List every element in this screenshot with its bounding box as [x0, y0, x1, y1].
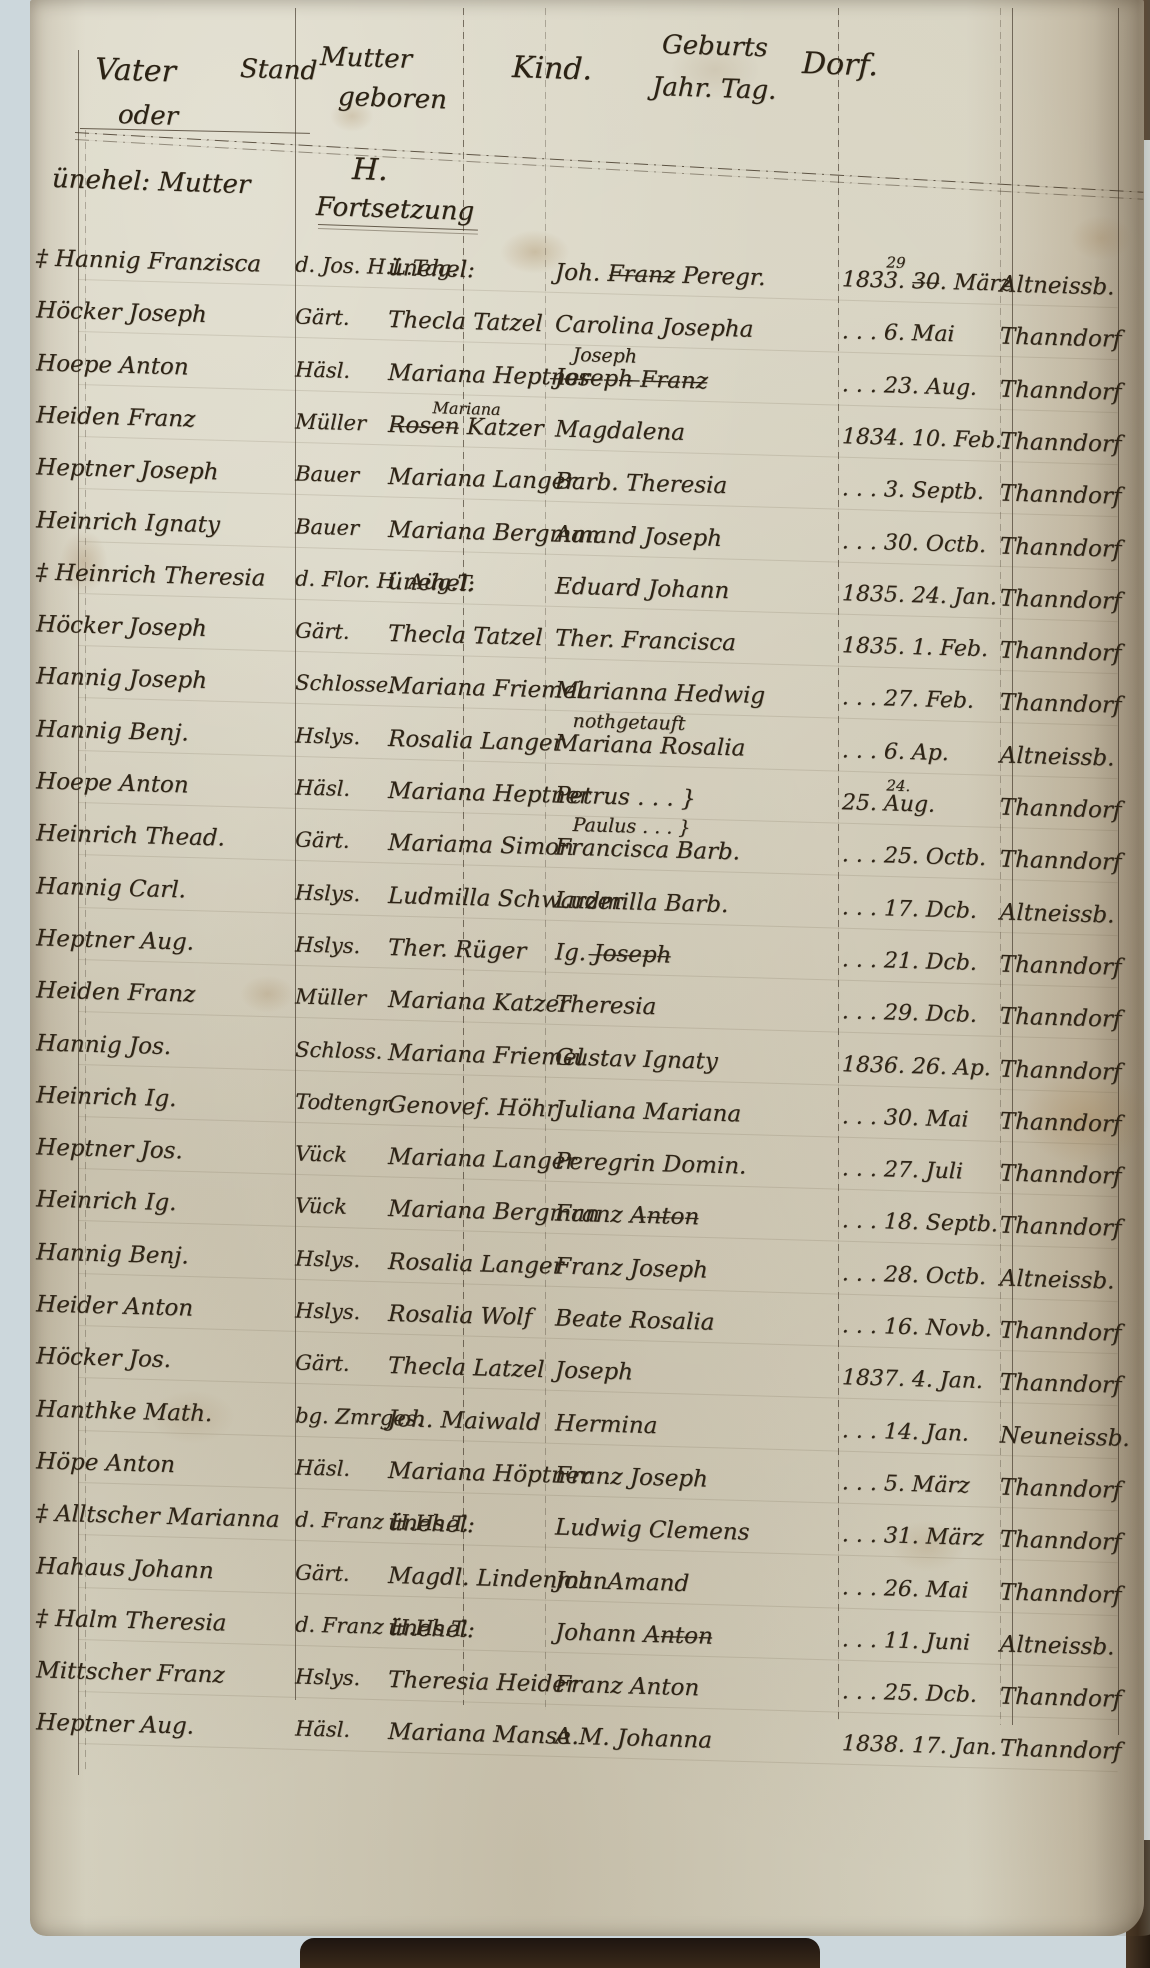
father-occupation: Bauer — [295, 462, 360, 488]
child-name: Ludwig Clemens — [555, 1515, 750, 1546]
child-name: Theresia — [555, 992, 657, 1021]
father-name: Heider Anton — [36, 1291, 194, 1321]
mother-name: Theresia Heider — [388, 1667, 578, 1698]
birth-date: . . . 25. Dcb. — [842, 1679, 978, 1708]
father-name: ‡ Hannig Franzisca — [36, 245, 262, 277]
child-correction: Joseph — [572, 344, 637, 368]
mother-correction: Mariana — [432, 398, 501, 419]
register-photo: Vater oder ünehel: Mutter Stand Mutter g… — [0, 0, 1150, 1968]
father-name: Hoepe Anton — [36, 350, 189, 380]
birth-date-correction: 29 — [886, 253, 906, 272]
village-name: Thanndorf — [1000, 585, 1122, 614]
child-correction: Paulus . . . } — [572, 814, 690, 839]
mother-name: Mariana Katzer — [388, 987, 571, 1018]
father-name: Hahaus Johann — [36, 1553, 214, 1584]
father-name: Heiden Franz — [36, 978, 196, 1008]
father-occupation: Hslys. — [295, 1298, 361, 1324]
village-name: Thanndorf — [1000, 1684, 1122, 1713]
village-name: Altneissb. — [1000, 1265, 1115, 1294]
birth-date: 1838. 17. Jan. — [842, 1732, 998, 1761]
mother-name: Thecla Latzel — [388, 1353, 545, 1383]
father-name: Heinrich Thead. — [36, 821, 225, 852]
child-name: Franz Joseph — [555, 1462, 709, 1492]
village-name: Thanndorf — [1000, 324, 1122, 353]
birth-date: . . . 18. Septb. — [842, 1209, 999, 1238]
child-name: Petrus . . . } — [555, 782, 696, 812]
mother-name: ünehel: — [388, 569, 475, 597]
father-name: Höpe Anton — [36, 1448, 176, 1478]
village-name: Thanndorf — [1000, 1213, 1122, 1242]
father-name: Heptner Aug. — [36, 925, 194, 955]
mother-name: Rosalia Wolf — [388, 1301, 533, 1331]
village-name: Thanndorf — [1000, 376, 1122, 405]
father-occupation: Hslys. — [295, 1246, 361, 1272]
birth-date-correction: 24. — [886, 776, 910, 795]
father-occupation: Hslys. — [295, 723, 361, 749]
father-occupation: Vück — [295, 1194, 347, 1219]
father-name: Hannig Benj. — [36, 716, 189, 746]
father-occupation: Gärt. — [295, 828, 350, 853]
child-name: Gustav Ignaty — [555, 1044, 718, 1074]
child-name: Juliana Mariana — [555, 1096, 742, 1127]
village-name: Thanndorf — [1000, 1004, 1122, 1033]
child-name: Amand Joseph — [555, 521, 723, 552]
father-name: Hanthke Math. — [36, 1396, 213, 1427]
village-name: Thanndorf — [1000, 1161, 1122, 1190]
father-occupation: Schlosse. — [295, 671, 395, 698]
village-name: Altneissb. — [1000, 742, 1115, 771]
header-birth-jahr-tag: Jahr. Tag. — [652, 72, 777, 106]
header-stand: Stand — [240, 54, 318, 86]
birth-date: . . . 23. Aug. — [842, 372, 978, 401]
mother-name: Joh. Maiwald — [388, 1406, 541, 1436]
father-name: Höcker Jos. — [36, 1344, 171, 1374]
child-name: Franz Joseph — [555, 1253, 709, 1283]
birth-date: . . . 16. Novb. — [842, 1313, 993, 1342]
birth-date: . . . 6. Ap. — [842, 738, 950, 766]
mother-name: Mariana Langer — [388, 1144, 577, 1175]
birth-date: . . . 11. Juni — [842, 1627, 971, 1655]
child-name: Hermina — [555, 1410, 658, 1439]
mother-name: Ther. Rüger — [388, 935, 527, 965]
father-occupation: Gärt. — [295, 619, 350, 644]
father-name: Heiden Franz — [36, 402, 196, 432]
birth-date: . . . 28. Octb. — [842, 1261, 987, 1290]
father-name: Heinrich Ignaty — [36, 507, 220, 538]
child-name: Peregrin Domin. — [555, 1149, 747, 1180]
mother-name: ünehel: — [388, 255, 475, 283]
father-occupation: Hslys. — [295, 932, 361, 958]
child-correction: nothgetauft — [572, 710, 685, 735]
father-occupation: Vück — [295, 1142, 347, 1167]
birth-date: 1835. 1. Feb. — [842, 633, 989, 662]
village-name: Thanndorf — [1000, 1474, 1122, 1503]
father-name: ‡ Heinrich Theresia — [36, 559, 266, 591]
child-name: Franz A̶n̶t̶o̶n̶ — [555, 1201, 700, 1231]
mother-name: Thecla Tatzel — [388, 621, 543, 651]
father-occupation: Häsl. — [295, 775, 351, 800]
father-occupation: Todtengr. — [295, 1089, 396, 1116]
child-name: J̶o̶s̶e̶p̶h̶ ̶F̶r̶a̶n̶z̶ — [555, 364, 709, 394]
father-occupation: Gärt. — [295, 305, 350, 330]
child-name: Mariana Rosalia — [555, 730, 746, 761]
village-name: Thanndorf — [1000, 428, 1122, 457]
father-occupation: Müller — [295, 985, 367, 1011]
birth-date: . . . 14. Jan. — [842, 1418, 970, 1446]
section-letter: H. — [351, 152, 388, 188]
mother-name: ünehel: — [388, 1615, 475, 1643]
birth-date: 1834. 10. Feb. — [842, 424, 1003, 453]
child-name: Ther. Francisca — [555, 626, 737, 657]
child-name: Francisca Barb. — [555, 835, 741, 866]
child-name: Joh. Amand — [555, 1567, 690, 1597]
birth-date: . . . 3. Septb. — [842, 476, 985, 505]
mother-name: Thecla Tatzel — [388, 307, 543, 337]
child-name: A.M. Johanna — [555, 1724, 713, 1754]
village-name: Thanndorf — [1000, 951, 1122, 980]
village-name: Altneissb. — [1000, 1631, 1115, 1660]
village-name: Thanndorf — [1000, 638, 1122, 667]
mother-name: ünehel: — [388, 1510, 475, 1538]
father-name: Heptner Aug. — [36, 1710, 194, 1740]
mother-name: Rosalia Langer — [388, 726, 564, 757]
birth-date: . . . 17. Dcb. — [842, 895, 978, 924]
child-name: Ludmilla Barb. — [555, 887, 729, 918]
father-name: ‡ Halm Theresia — [36, 1605, 227, 1636]
father-occupation: Gärt. — [295, 1560, 350, 1585]
mother-name: Mariama Simon — [388, 830, 574, 861]
paper-stain — [1070, 215, 1132, 261]
mother-name: Mariana Manse — [388, 1719, 571, 1750]
birth-date: 1833. 3̶0̶. März — [842, 267, 1012, 297]
village-name: Thanndorf — [1000, 481, 1122, 510]
village-name: Thanndorf — [1000, 1108, 1122, 1137]
birth-date: . . . 6. Mai — [842, 320, 955, 348]
father-name: Mittscher Franz — [36, 1658, 225, 1689]
birth-date: . . . 29. Dcb. — [842, 999, 978, 1028]
header-father-unehel: ünehel: Mutter — [52, 164, 251, 200]
child-name: Magdalena — [555, 416, 686, 446]
mother-name: Genovef. Höhr — [388, 1092, 558, 1123]
father-name: Höcker Joseph — [36, 612, 207, 643]
mother-name: Rosalia Langer — [388, 1249, 564, 1280]
father-name: Hannig Carl. — [36, 873, 186, 903]
village-name: Thanndorf — [1000, 690, 1122, 719]
father-name: Hannig Jos. — [36, 1030, 172, 1060]
child-name: Ig. J̶o̶s̶e̶p̶h̶ — [555, 939, 672, 968]
birth-date: 1837. 4. Jan. — [842, 1366, 984, 1395]
birth-date: . . . 26. Mai — [842, 1575, 969, 1603]
child-name: Beate Rosalia — [555, 1305, 715, 1335]
birth-date: . . . 30. Octb. — [842, 529, 987, 558]
father-occupation: Hslys. — [295, 1665, 361, 1691]
father-name: Höcker Joseph — [36, 298, 207, 329]
village-name: Thanndorf — [1000, 795, 1122, 824]
father-name: Heinrich Ig. — [36, 1187, 177, 1217]
father-name: Hannig Joseph — [36, 664, 207, 695]
child-name: Joseph — [555, 1358, 634, 1386]
father-occupation: Bauer — [295, 514, 360, 540]
village-name: Thanndorf — [1000, 1579, 1122, 1608]
child-name: Joh. F̶r̶a̶n̶z̶ Peregr. — [555, 259, 766, 291]
father-occupation: Hslys. — [295, 880, 361, 906]
father-name: Heinrich Ig. — [36, 1082, 177, 1112]
father-occupation: Häsl. — [295, 1717, 351, 1742]
birth-date: . . . 27. Feb. — [842, 686, 975, 715]
village-name: Thanndorf — [1000, 1527, 1122, 1556]
child-name: Marianna Hedwig — [555, 678, 766, 710]
header-mother-nee: geboren — [338, 82, 448, 115]
header-village: Dorf. — [801, 46, 878, 83]
village-name: Thanndorf — [1000, 1056, 1122, 1085]
birth-date: . . . 30. Mai — [842, 1104, 969, 1132]
mother-name: Mariana Langer — [388, 464, 577, 495]
header-mother: Mutter — [320, 42, 413, 75]
header-father: Vater — [94, 52, 176, 90]
section-word: Fortsetzung — [316, 192, 475, 227]
header-child: Kind. — [511, 50, 592, 87]
father-name: Heptner Joseph — [36, 455, 219, 486]
father-occupation: Gärt. — [295, 1351, 350, 1376]
father-occupation: Schloss. — [295, 1037, 383, 1063]
birth-date: . . . 5. März — [842, 1470, 970, 1498]
header-birth: Geburts — [662, 30, 769, 63]
birth-date: 1835. 24. Jan. — [842, 581, 998, 610]
village-name: Thanndorf — [1000, 1736, 1122, 1765]
child-name: Barb. Theresia — [555, 469, 728, 500]
father-occupation: Müller — [295, 409, 367, 435]
father-name: ‡ Alltscher Marianna — [36, 1501, 280, 1534]
child-name: Carolina Josepha — [555, 312, 754, 343]
father-name: Hannig Benj. — [36, 1239, 189, 1269]
header-father-oder: oder — [118, 100, 179, 132]
father-occupation: Häsl. — [295, 357, 351, 382]
child-name: Eduard Johann — [555, 573, 730, 604]
village-name: Altneissb. — [1000, 272, 1115, 301]
village-name: Neuneissb. — [1000, 1422, 1131, 1452]
village-name: Thanndorf — [1000, 1318, 1122, 1347]
birth-date: . . . 25. Octb. — [842, 843, 987, 872]
birth-date: . . . 27. Juli — [842, 1156, 964, 1184]
father-name: Heptner Jos. — [36, 1135, 183, 1165]
child-name: Johann A̶n̶t̶o̶n̶ — [555, 1619, 714, 1649]
village-name: Altneissb. — [1000, 899, 1115, 928]
father-occupation: Häsl. — [295, 1455, 351, 1480]
birth-date: 1836. 26. Ap. — [842, 1052, 992, 1081]
village-name: Thanndorf — [1000, 533, 1122, 562]
birth-date: . . . 31. März — [842, 1522, 984, 1551]
birth-date: . . . 21. Dcb. — [842, 947, 978, 976]
child-name: Franz Anton — [555, 1672, 700, 1702]
father-name: Hoepe Anton — [36, 768, 189, 798]
village-name: Thanndorf — [1000, 1370, 1122, 1399]
book-cover-bottom — [300, 1938, 820, 1968]
village-name: Thanndorf — [1000, 847, 1122, 876]
